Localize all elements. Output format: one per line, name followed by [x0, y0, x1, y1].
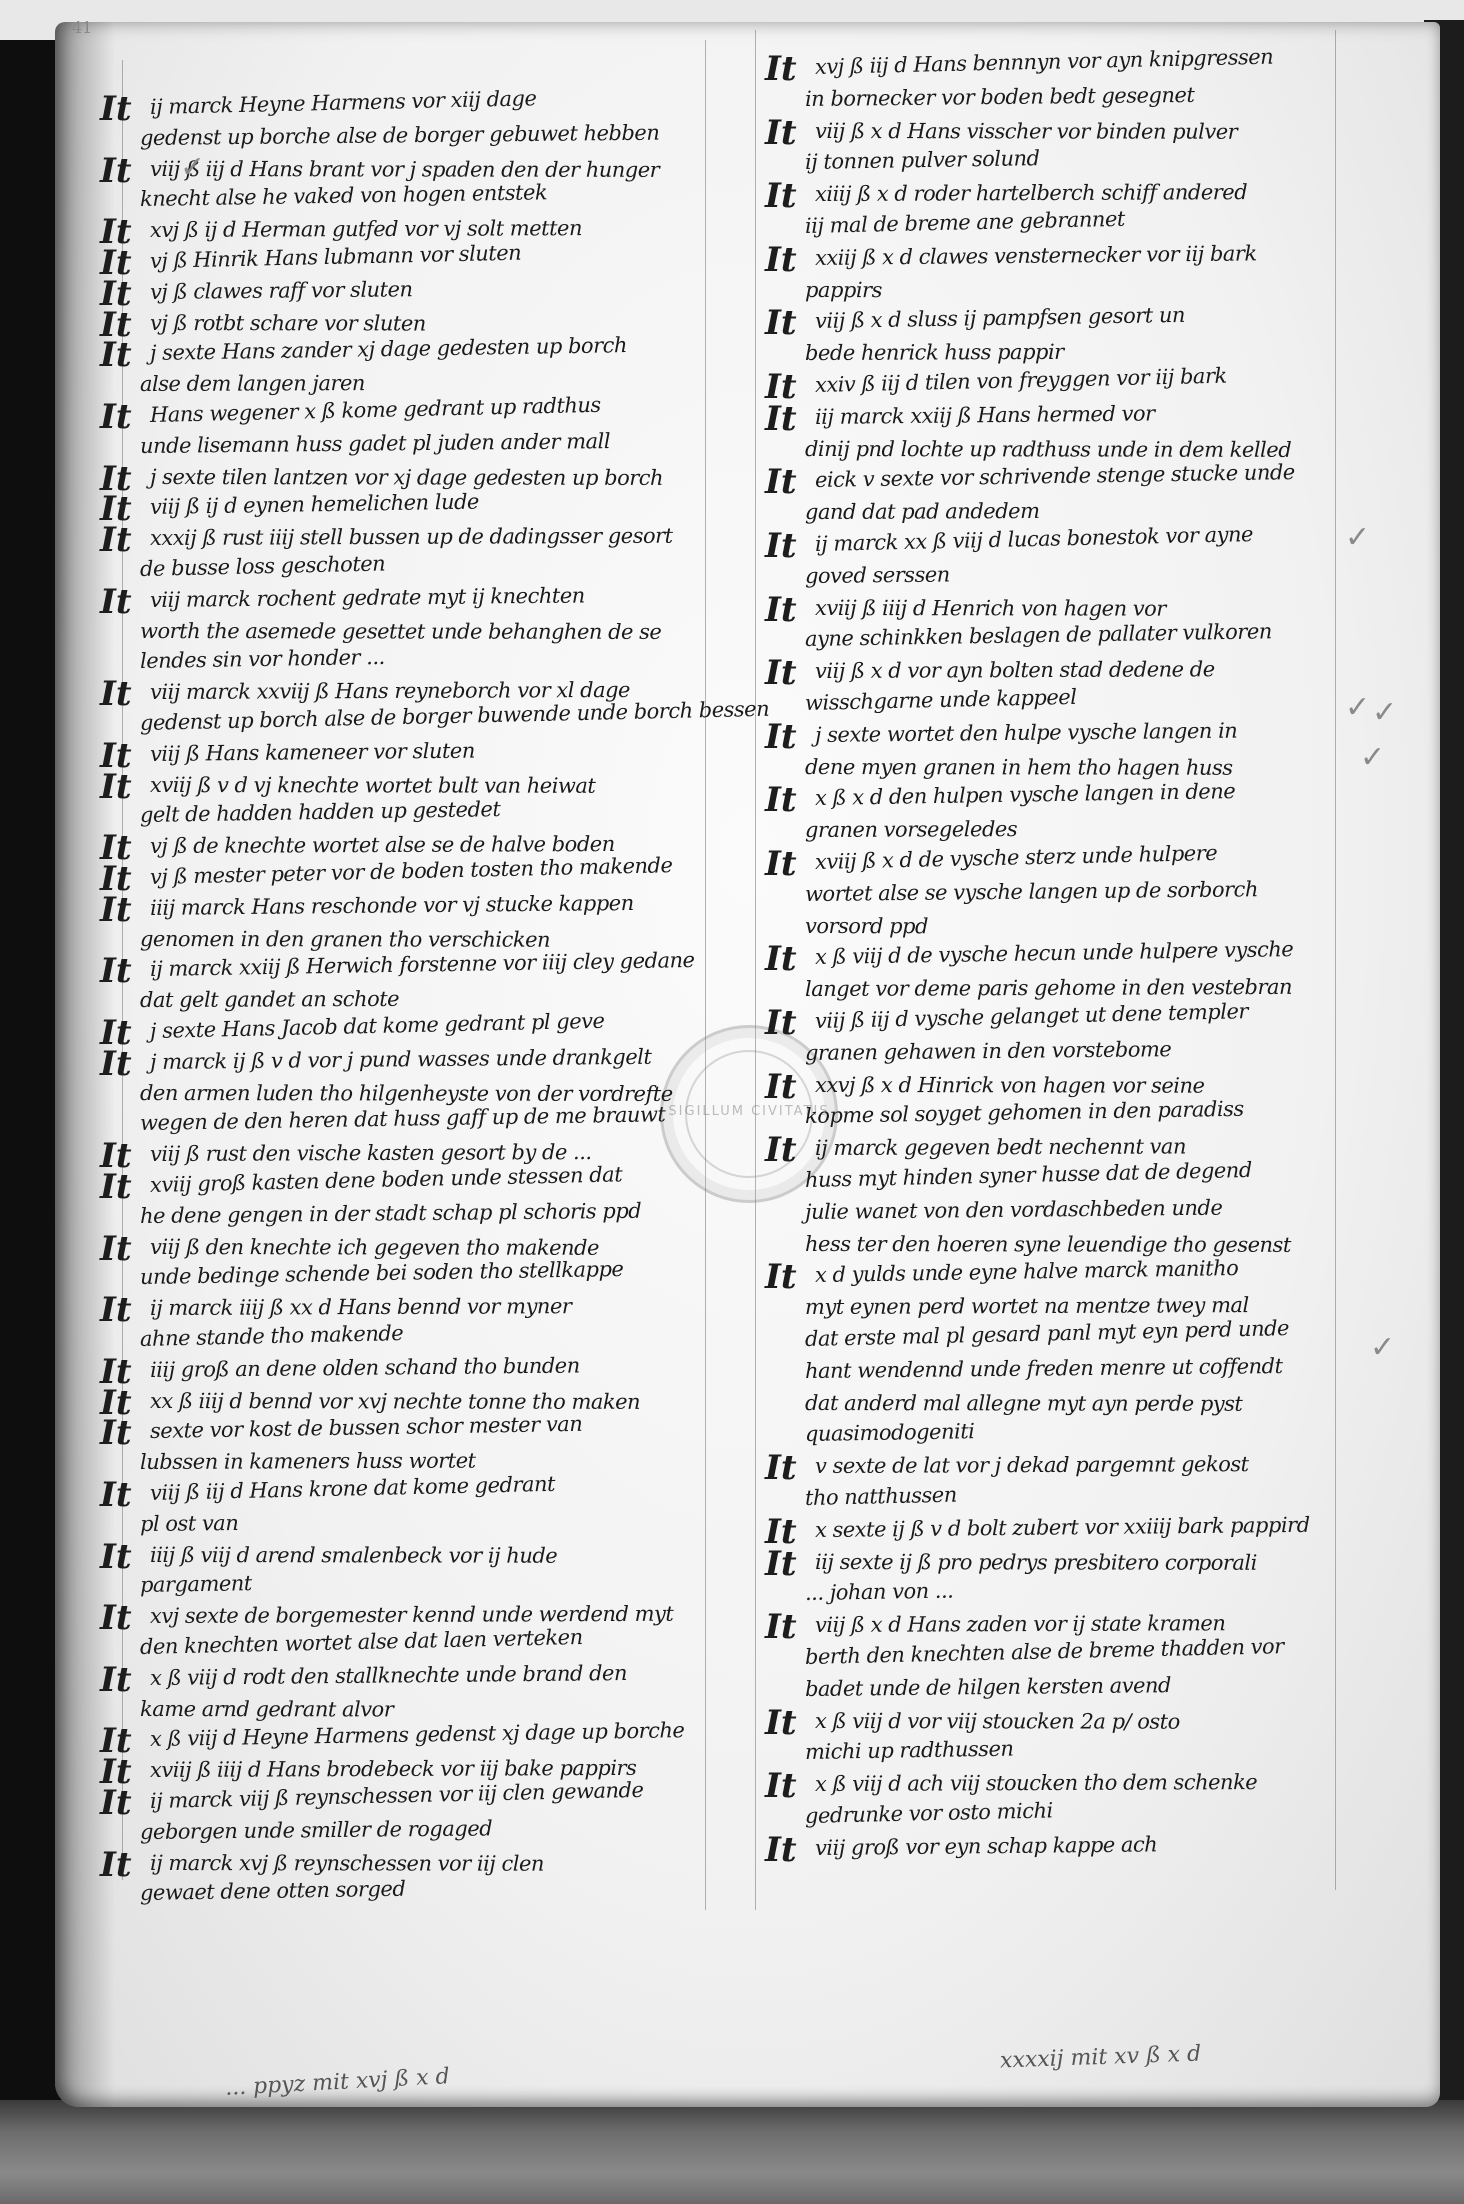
item-mark: It — [100, 89, 132, 129]
item-mark: It — [765, 49, 797, 89]
manuscript-line: genomen in den granen tho verschicken — [140, 927, 550, 952]
manuscript-line: tho natthussen — [805, 1483, 957, 1510]
margin-check-icon: ✓ — [1345, 520, 1370, 555]
manuscript-line: dat anderd mal allegne myt ayn perde pys… — [805, 1391, 1242, 1416]
manuscript-line: pappirs — [805, 278, 882, 302]
manuscript-line: kame arnd gedrant alvor — [140, 1697, 393, 1721]
manuscript-line: lubssen in kameners huss wortet — [140, 1449, 476, 1474]
manuscript-line: bede henrick huss pappir — [805, 340, 1064, 365]
manuscript-line: lendes sin vor honder ... — [140, 645, 385, 673]
manuscript-line: unde lisemann huss gadet pl juden ander … — [140, 429, 610, 458]
manuscript-line: den armen luden tho hilgenheyste von der… — [140, 1081, 673, 1106]
manuscript-line: viij ß rust den vische kasten gesort by … — [150, 1140, 592, 1166]
item-mark: It — [100, 1537, 132, 1577]
item-mark: It — [765, 717, 797, 757]
item-mark: It — [765, 1544, 797, 1584]
item-mark: It — [765, 939, 797, 979]
manuscript-line: langet vor deme paris gehome in den vest… — [805, 975, 1292, 1001]
item-mark: It — [100, 1290, 132, 1330]
item-mark: It — [765, 1830, 797, 1870]
item-mark: It — [765, 844, 797, 884]
manuscript-line: xvj sexte de borgemester kennd unde werd… — [150, 1602, 673, 1628]
manuscript-line: wortet alse se vysche langen up de sorbo… — [805, 877, 1258, 906]
item-mark: It — [765, 1766, 797, 1806]
item-mark: It — [765, 1607, 797, 1647]
item-mark: It — [100, 1783, 132, 1823]
item-mark: It — [100, 335, 132, 375]
manuscript-line: pl ost van — [140, 1511, 239, 1536]
manuscript-line: viij ß x d vor ayn bolten stad dedene de — [815, 657, 1215, 683]
right-column-left-rule — [755, 30, 756, 1910]
manuscript-line: iiij marck Hans reschonde vor vj stucke … — [150, 891, 634, 920]
manuscript-line: ij marck iiij ß xx d Hans bennd vor myne… — [150, 1294, 572, 1320]
manuscript-line: ij marck xvj ß reynschessen vor iij clen — [150, 1851, 544, 1876]
manuscript-line: gewaet dene otten sorged — [140, 1877, 406, 1905]
manuscript-line: alse dem langen jaren — [140, 371, 365, 396]
margin-check-icon: ✓ — [1345, 690, 1370, 725]
item-mark: It — [100, 1845, 132, 1885]
margin-check-icon: ✓ — [1370, 1330, 1395, 1365]
item-mark: It — [765, 1003, 797, 1043]
left-column-right-rule — [705, 40, 706, 1910]
item-mark: It — [765, 590, 797, 630]
manuscript-line: xviij ß v d vj knechte wortet bult van h… — [150, 773, 595, 798]
margin-check-icon: ✓ — [1360, 740, 1385, 775]
manuscript-line: iiij ß viij d arend smalenbeck vor ij hu… — [150, 1543, 557, 1568]
manuscript-line: worth the asemede gesettet unde behanghe… — [140, 619, 661, 644]
item-mark: It — [100, 1475, 132, 1515]
manuscript-line: j marck ij ß v d vor j pund wasses unde … — [150, 1045, 652, 1074]
item-mark: It — [765, 303, 797, 343]
manuscript-line: dene myen granen in hem tho hagen huss — [805, 755, 1233, 780]
item-mark: It — [100, 1598, 132, 1638]
manuscript-line: hess ter den hoeren syne leuendige tho g… — [805, 1232, 1291, 1257]
manuscript-line: vorsord ppd — [805, 914, 928, 938]
manuscript-line: hant wendennd unde freden menre ut coffe… — [805, 1354, 1283, 1383]
manuscript-line: viij ß x d Hans visscher vor binden pulv… — [815, 119, 1237, 144]
manuscript-line: myt eynen perd wortet na mentze twey mal — [805, 1293, 1249, 1319]
margin-check-icon: ✓ — [180, 150, 205, 185]
margin-check-icon: ✓ — [1372, 695, 1397, 730]
manuscript-line: quasimodogeniti — [805, 1420, 975, 1447]
manuscript-line: xvj ß ij d Herman gutfed vor vj solt met… — [150, 216, 582, 242]
manuscript-line: iij marck xxiij ß Hans hermed vor — [815, 401, 1155, 429]
manuscript-line: xviij ß iiij d Henrich von hagen vor — [815, 596, 1166, 621]
item-mark: It — [765, 1448, 797, 1488]
manuscript-line: xx ß iiij d bennd vor xvj nechte tonne t… — [150, 1389, 640, 1414]
manuscript-line: viij ß iij d Hans brant vor j spaden den… — [150, 157, 659, 182]
right-column-right-rule — [1335, 30, 1336, 1890]
item-mark: It — [100, 674, 132, 714]
manuscript-line: dinij pnd lochte up radthuss unde in dem… — [805, 437, 1291, 462]
manuscript-line: x ß viij d vor viij stoucken 2a p/ osto — [815, 1709, 1180, 1734]
manuscript-line: granen vorsegeledes — [805, 817, 1017, 842]
item-mark: It — [765, 1067, 797, 1107]
manuscript-line: geborgen unde smiller de rogaged — [140, 1816, 492, 1844]
manuscript-line: xiiij ß x d roder hartelberch schiff and… — [815, 180, 1247, 206]
item-mark: It — [765, 1703, 797, 1743]
manuscript-line: viij groß vor eyn schap kappe ach — [815, 1832, 1157, 1860]
manuscript-line: xxvj ß x d Hinrick von hagen vor seine — [815, 1073, 1205, 1098]
manuscript-line: gand dat pad andedem — [805, 499, 1040, 524]
item-mark: It — [765, 780, 797, 820]
manuscript-line: viij marck xxviij ß Hans reyneborch vor … — [150, 678, 630, 704]
item-mark: It — [100, 151, 132, 191]
item-mark: It — [100, 767, 132, 807]
item-mark: It — [765, 240, 797, 280]
manuscript-line: goved serssen — [805, 562, 950, 588]
manuscript-line: x ß viij d rodt den stallknechte unde br… — [150, 1661, 627, 1690]
manuscript-line: x sexte ij ß v d bolt zubert vor xxiiij … — [815, 1513, 1310, 1542]
item-mark: It — [765, 113, 797, 153]
manuscript-line: michi up radthussen — [805, 1737, 1014, 1764]
manuscript-line: ij tonnen pulver solund — [805, 147, 1040, 175]
manuscript-line: vj ß clawes raff vor sluten — [150, 277, 413, 304]
manuscript-line: viij marck rochent gedrate myt ij knecht… — [150, 583, 585, 612]
manuscript-line: gedenst up borche alse de borger gebuwet… — [140, 120, 660, 149]
manuscript-line: iiij groß an dene olden schand tho bunde… — [150, 1353, 580, 1381]
manuscript-line: julie wanet von den vordaschbeden unde — [805, 1195, 1223, 1223]
item-mark: It — [100, 1229, 132, 1269]
item-mark: It — [765, 1257, 797, 1297]
manuscript-line: granen gehawen in den vorstebome — [805, 1037, 1172, 1065]
item-mark: It — [100, 1413, 132, 1453]
manuscript-line: xxiij ß x d clawes vensternecker vor iij… — [815, 241, 1257, 270]
item-mark: It — [100, 1044, 132, 1084]
item-mark: It — [100, 582, 132, 622]
manuscript-line: viij ß x d Hans zaden vor ij state krame… — [815, 1611, 1225, 1637]
manuscript-line: ij marck gegeven bedt nechennt van — [815, 1135, 1186, 1161]
item-mark: It — [100, 1660, 132, 1700]
manuscript-line: iij sexte ij ß pro pedrys presbitero cor… — [815, 1550, 1257, 1575]
manuscript-line: he dene gengen in der stadt schap pl sch… — [140, 1199, 641, 1228]
item-mark: It — [765, 176, 797, 216]
item-mark: It — [765, 1130, 797, 1170]
manuscript-line: vj ß rotbt schare vor sluten — [150, 311, 426, 335]
manuscript-line: viij ß den knechte ich gegeven tho maken… — [150, 1235, 599, 1260]
item-mark: It — [100, 951, 132, 991]
item-mark: It — [765, 462, 797, 502]
item-mark: It — [765, 399, 797, 439]
item-mark: It — [765, 526, 797, 566]
manuscript-line: j sexte tilen lantzen vor xj dage gedest… — [150, 465, 663, 490]
item-mark: It — [765, 653, 797, 693]
manuscript-line: vj ß de knechte wortet alse se de halve … — [150, 832, 615, 858]
item-mark: It — [100, 397, 132, 437]
item-mark: It — [100, 1167, 132, 1207]
manuscript-line: x ß viij d ach viij stoucken tho dem sch… — [815, 1770, 1257, 1796]
manuscript-line: xxxij ß rust iiij stell bussen up de dad… — [150, 524, 673, 550]
manuscript-line: v sexte de lat vor j dekad pargemnt geko… — [815, 1452, 1249, 1478]
item-mark: It — [100, 520, 132, 560]
item-mark: It — [100, 890, 132, 930]
manuscript-line: pargament — [140, 1572, 252, 1598]
manuscript-line: xviij ß iiij d Hans brodebeck vor iij ba… — [150, 1756, 636, 1782]
manuscript-line: in bornecker vor boden bedt gesegnet — [805, 83, 1195, 111]
scan-bottom-background — [0, 2100, 1464, 2204]
page-number: 41 — [72, 18, 92, 37]
manuscript-line: dat gelt gandet an schote — [140, 987, 399, 1012]
manuscript-line: ... johan von ... — [805, 1579, 954, 1605]
manuscript-line: badet unde de hilgen kersten avend — [805, 1673, 1171, 1701]
manuscript-line: viij ß Hans kameneer vor sluten — [150, 738, 475, 765]
manuscript-line: j sexte wortet den hulpe vysche langen i… — [815, 718, 1237, 746]
